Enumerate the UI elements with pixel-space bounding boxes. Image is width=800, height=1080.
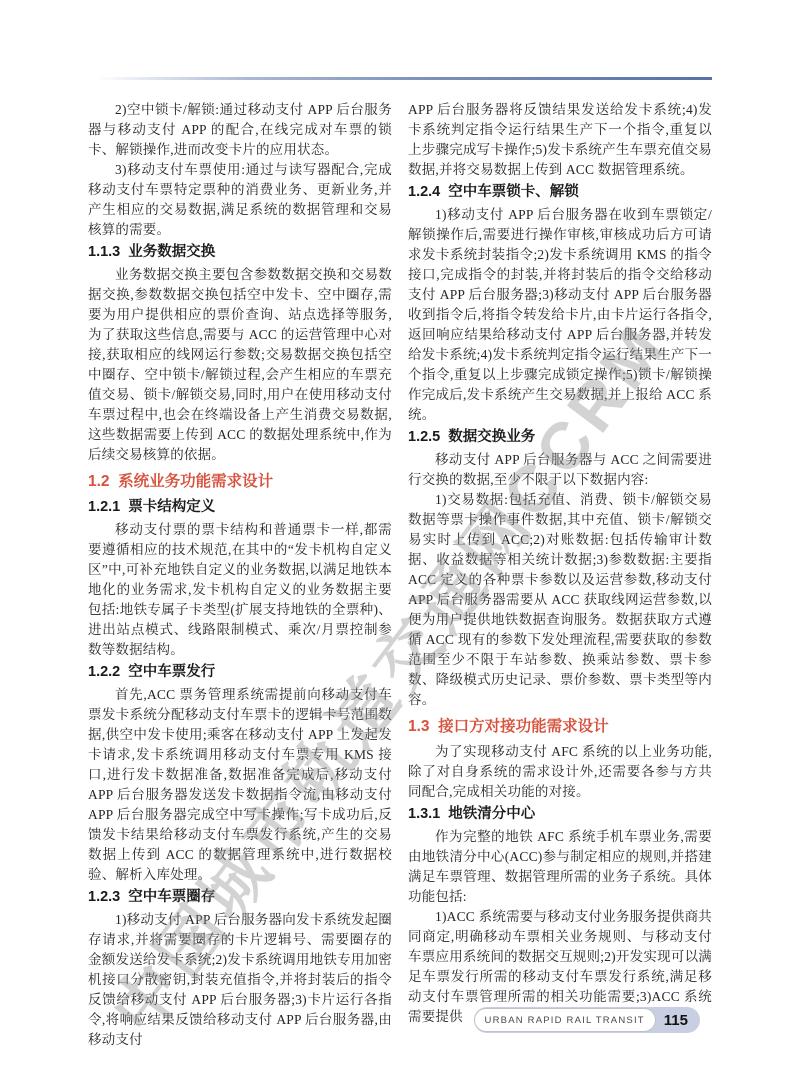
paragraph: 1)交易数据:包括充值、消费、锁卡/解锁交易数据等票卡操作事件数据,其中充值、锁… <box>408 490 712 710</box>
header-divider-rule <box>95 77 712 80</box>
paragraph: 业务数据交换主要包含参数数据交换和交易数据交换,参数数据交换包括空中发卡、空中圈… <box>88 265 392 465</box>
paragraph: 为了实现移动支付 AFC 系统的以上业务功能,除了对自身系统的需求设计外,还需要… <box>408 742 712 802</box>
subsection-heading: 1.1.3 业务数据交换 <box>88 242 392 263</box>
paragraph: 移动支付票的票卡结构和普通票卡一样,都需要遵循相应的技术规范,在其中的“发卡机构… <box>88 520 392 660</box>
subsection-heading: 1.3.1 地铁清分中心 <box>408 804 712 825</box>
section-heading: 1.3 接口方对接功能需求设计 <box>408 716 712 738</box>
left-column: 2)空中锁卡/解锁:通过移动支付 APP 后台服务器与移动支付 APP 的配合,… <box>88 100 392 1050</box>
subsection-heading: 1.2.5 数据交换业务 <box>408 427 712 448</box>
journal-page: 中国城市轨道交通网CCRM 2)空中锁卡/解锁:通过移动支付 APP 后台服务器… <box>0 0 800 1080</box>
paragraph: 作为完整的地铁 AFC 系统手机车票业务,需要由地铁清分中心(ACC)参与制定相… <box>408 827 712 907</box>
paragraph: 3)移动支付车票使用:通过与读写器配合,完成移动支付车票特定票种的消费业务、更新… <box>88 160 392 240</box>
subsection-heading: 1.2.2 空中车票发行 <box>88 662 392 683</box>
paragraph: 2)空中锁卡/解锁:通过移动支付 APP 后台服务器与移动支付 APP 的配合,… <box>88 100 392 160</box>
page-number: 115 <box>656 1012 698 1029</box>
paragraph-continuation: APP 后台服务器将反馈结果发送给发卡系统;4)发卡系统判定指令运行结果生产下一… <box>408 100 712 180</box>
paragraph: 1)移动支付 APP 后台服务器向发卡系统发起圈存请求,并将需要圈存的卡片逻辑号… <box>88 910 392 1050</box>
subsection-heading: 1.2.4 空中车票锁卡、解锁 <box>408 182 712 203</box>
footer-page-badge: URBAN RAPID RAIL TRANSIT 115 <box>474 1007 700 1033</box>
paragraph: 移动支付 APP 后台服务器与 ACC 之间需要进行交换的数据,至少不限于以下数… <box>408 450 712 490</box>
section-heading: 1.2 系统业务功能需求设计 <box>88 471 392 493</box>
paragraph: 首先,ACC 票务管理系统需提前向移动支付车票发卡系统分配移动支付车票卡的逻辑卡… <box>88 685 392 885</box>
page-body: 2)空中锁卡/解锁:通过移动支付 APP 后台服务器与移动支付 APP 的配合,… <box>88 100 712 1050</box>
subsection-heading: 1.2.3 空中车票圈存 <box>88 887 392 908</box>
right-column: APP 后台服务器将反馈结果发送给发卡系统;4)发卡系统判定指令运行结果生产下一… <box>408 100 712 1050</box>
journal-name: URBAN RAPID RAIL TRANSIT <box>474 1008 656 1032</box>
paragraph: 1)移动支付 APP 后台服务器在收到车票锁定/解锁操作后,需要进行操作审核,审… <box>408 205 712 425</box>
subsection-heading: 1.2.1 票卡结构定义 <box>88 497 392 518</box>
